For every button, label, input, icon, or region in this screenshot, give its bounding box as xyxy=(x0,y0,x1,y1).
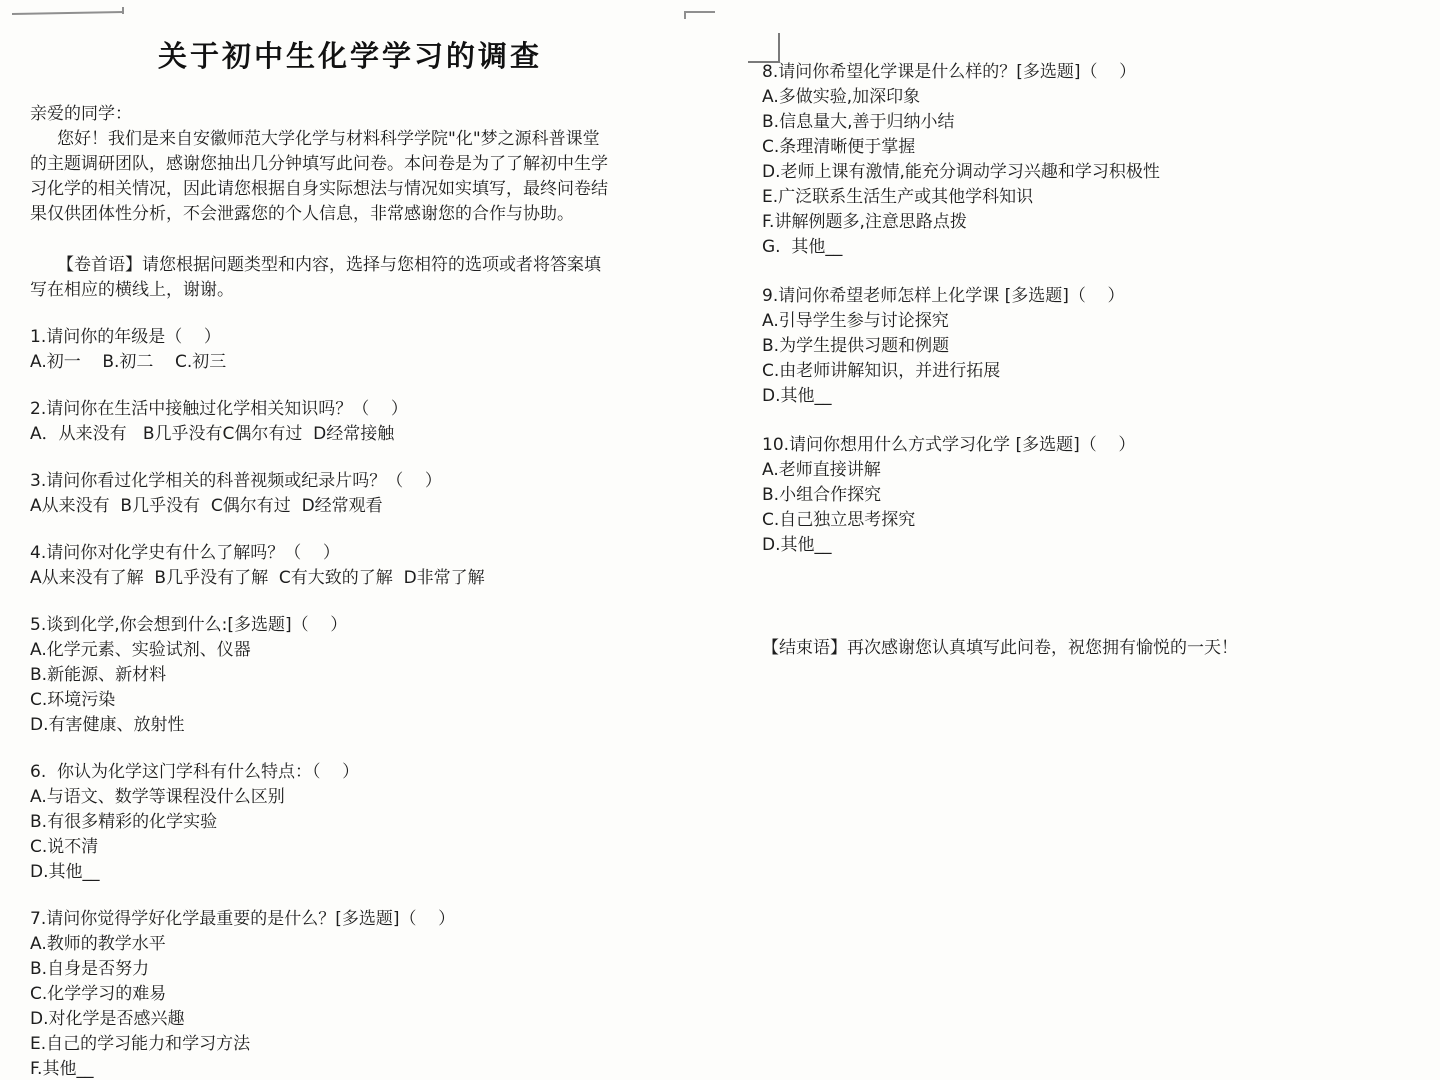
document-title: 关于初中生化学学习的调查 xyxy=(30,36,670,76)
question-stem: 4.请问你对化学史有什么了解吗？（ ） xyxy=(30,541,670,566)
page-left: 关于初中生化学学习的调查 亲爱的同学： 您好！我们是来自安徽师范大学化学与材料科… xyxy=(30,36,670,1080)
question-option: C.自己独立思考探究 xyxy=(762,508,1362,533)
question-block: 7.请问你觉得学好化学最重要的是什么？[多选题]（ ）A.教师的教学水平B.自身… xyxy=(30,907,670,1080)
question-block: 9.请问你希望老师怎样上化学课 [多选题]（ ）A.引导学生参与讨论探究B.为学… xyxy=(762,284,1362,409)
question-block: 4.请问你对化学史有什么了解吗？（ ）A从来没有了解 B几乎没有了解 C有大致的… xyxy=(30,541,670,591)
question-stem: 6. 你认为化学这门学科有什么特点：（ ） xyxy=(30,760,670,785)
question-option: G. 其他__ xyxy=(762,235,1362,260)
question-option: B.新能源、新材料 xyxy=(30,663,670,688)
question-stem: 7.请问你觉得学好化学最重要的是什么？[多选题]（ ） xyxy=(30,907,670,932)
question-option: A.多做实验,加深印象 xyxy=(762,85,1362,110)
question-option: B.小组合作探究 xyxy=(762,483,1362,508)
question-option: D.有害健康、放射性 xyxy=(30,713,670,738)
fold-mark-left xyxy=(12,11,124,15)
question-option: B.信息量大,善于归纳小结 xyxy=(762,110,1362,135)
question-option: A．从来没有 B几乎没有C偶尔有过 D经常接触 xyxy=(30,422,670,447)
page-corner-mark xyxy=(748,33,780,63)
question-block: 5.谈到化学,你会想到什么:[多选题]（ ）A.化学元素、实验试剂、仪器B.新能… xyxy=(30,613,670,738)
question-block: 3.请问你看过化学相关的科普视频或纪录片吗？（ ）A从来没有 B几乎没有 C偶尔… xyxy=(30,469,670,519)
question-option: F.其他__ xyxy=(30,1057,670,1080)
question-option: D.其他__ xyxy=(762,533,1362,558)
question-option: B.为学生提供习题和例题 xyxy=(762,334,1362,359)
preface-paragraph: 【卷首语】请您根据问题类型和内容，选择与您相符的选项或者将答案填写在相应的横线上… xyxy=(30,253,670,303)
question-option: B.自身是否努力 xyxy=(30,957,670,982)
question-option: E.自己的学习能力和学习方法 xyxy=(30,1032,670,1057)
question-option: C.说不清 xyxy=(30,835,670,860)
question-option: C.化学学习的难易 xyxy=(30,982,670,1007)
salutation: 亲爱的同学： xyxy=(30,102,670,127)
intro-paragraph: 您好！我们是来自安徽师范大学化学与材料科学学院"化"梦之源科普课堂的主题调研团队… xyxy=(30,127,670,227)
question-stem: 10.请问你想用什么方式学习化学 [多选题]（ ） xyxy=(762,433,1362,458)
question-option: A.引导学生参与讨论探究 xyxy=(762,309,1362,334)
question-option: B.有很多精彩的化学实验 xyxy=(30,810,670,835)
question-option: A.教师的教学水平 xyxy=(30,932,670,957)
fold-mark-center xyxy=(684,11,715,13)
question-option: A.化学元素、实验试剂、仪器 xyxy=(30,638,670,663)
question-block: 1.请问你的年级是（ ）A.初一 B.初二 C.初三 xyxy=(30,325,670,375)
question-option: A.老师直接讲解 xyxy=(762,458,1362,483)
question-stem: 3.请问你看过化学相关的科普视频或纪录片吗？（ ） xyxy=(30,469,670,494)
preface-line: 写在相应的横线上，谢谢。 xyxy=(30,278,670,303)
fold-mark-left-tick xyxy=(122,7,124,14)
question-option: A.与语文、数学等课程没什么区别 xyxy=(30,785,670,810)
question-stem: 1.请问你的年级是（ ） xyxy=(30,325,670,350)
question-option: E.广泛联系生活生产或其他学科知识 xyxy=(762,185,1362,210)
intro-line: 的主题调研团队，感谢您抽出几分钟填写此问卷。本问卷是为了了解初中生学 xyxy=(30,152,670,177)
question-block: 10.请问你想用什么方式学习化学 [多选题]（ ）A.老师直接讲解B.小组合作探… xyxy=(762,433,1362,558)
question-option: D.对化学是否感兴趣 xyxy=(30,1007,670,1032)
question-stem: 8.请问你希望化学课是什么样的？[多选题]（ ） xyxy=(762,60,1362,85)
question-block: 8.请问你希望化学课是什么样的？[多选题]（ ）A.多做实验,加深印象B.信息量… xyxy=(762,60,1362,260)
closing-note: 【结束语】再次感谢您认真填写此问卷，祝您拥有愉悦的一天！ xyxy=(762,636,1362,661)
question-stem: 9.请问你希望老师怎样上化学课 [多选题]（ ） xyxy=(762,284,1362,309)
question-option: C.由老师讲解知识，并进行拓展 xyxy=(762,359,1362,384)
question-list-right: 8.请问你希望化学课是什么样的？[多选题]（ ）A.多做实验,加深印象B.信息量… xyxy=(762,60,1362,558)
question-option: C.条理清晰便于掌握 xyxy=(762,135,1362,160)
question-block: 6. 你认为化学这门学科有什么特点：（ ）A.与语文、数学等课程没什么区别B.有… xyxy=(30,760,670,885)
intro-line: 果仅供团体性分析，不会泄露您的个人信息，非常感谢您的合作与协助。 xyxy=(30,202,670,227)
question-block: 2.请问你在生活中接触过化学相关知识吗？（ ）A．从来没有 B几乎没有C偶尔有过… xyxy=(30,397,670,447)
intro-line: 您好！我们是来自安徽师范大学化学与材料科学学院"化"梦之源科普课堂 xyxy=(30,127,670,152)
question-stem: 2.请问你在生活中接触过化学相关知识吗？（ ） xyxy=(30,397,670,422)
question-option: C.环境污染 xyxy=(30,688,670,713)
question-option: D.其他__ xyxy=(762,384,1362,409)
question-option: F.讲解例题多,注意思路点拨 xyxy=(762,210,1362,235)
question-option: A从来没有 B几乎没有 C偶尔有过 D经常观看 xyxy=(30,494,670,519)
scanned-questionnaire: 关于初中生化学学习的调查 亲爱的同学： 您好！我们是来自安徽师范大学化学与材料科… xyxy=(0,0,1440,1080)
page-right: 8.请问你希望化学课是什么样的？[多选题]（ ）A.多做实验,加深印象B.信息量… xyxy=(762,60,1362,661)
question-option: D.其他__ xyxy=(30,860,670,885)
question-option: D.老师上课有激情,能充分调动学习兴趣和学习积极性 xyxy=(762,160,1362,185)
intro-line: 习化学的相关情况，因此请您根据自身实际想法与情况如实填写，最终问卷结 xyxy=(30,177,670,202)
question-stem: 5.谈到化学,你会想到什么:[多选题]（ ） xyxy=(30,613,670,638)
question-option: A从来没有了解 B几乎没有了解 C有大致的了解 D非常了解 xyxy=(30,566,670,591)
fold-mark-center-tick xyxy=(684,11,686,19)
question-option: A.初一 B.初二 C.初三 xyxy=(30,350,670,375)
preface-line: 【卷首语】请您根据问题类型和内容，选择与您相符的选项或者将答案填 xyxy=(30,253,670,278)
question-list-left: 1.请问你的年级是（ ）A.初一 B.初二 C.初三2.请问你在生活中接触过化学… xyxy=(30,325,670,1080)
